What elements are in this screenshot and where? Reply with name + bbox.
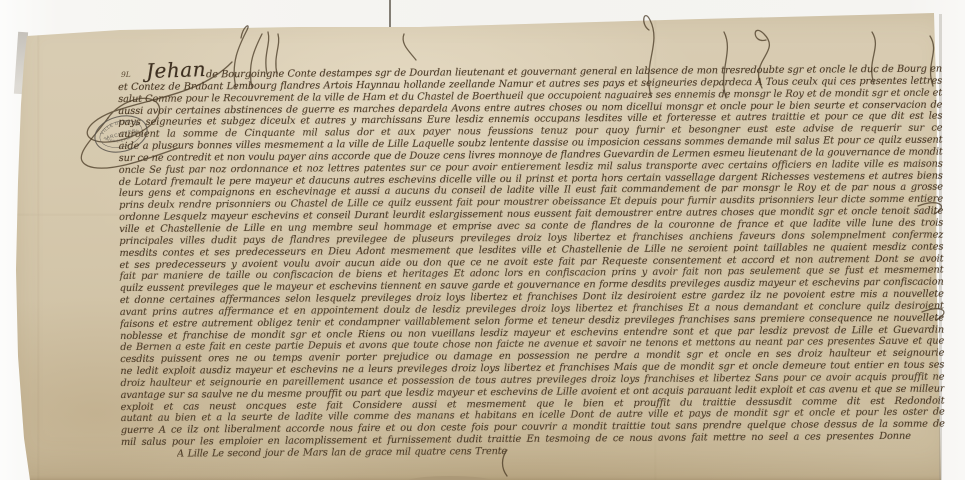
manuscript-text: de Bourgoingne Conte destampes sgr de Do… [118,64,945,461]
scanned-document-photo: Jehan 9L VILLE DE LILLE ARCHIVES PROPRIÉ… [0,0,965,480]
